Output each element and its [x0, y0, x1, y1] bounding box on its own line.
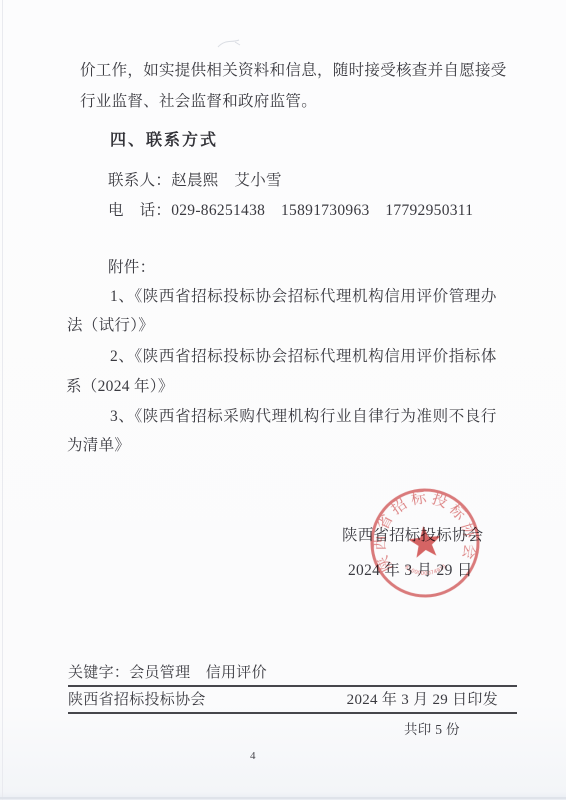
attachment-item-line: 法（试行）》 — [67, 317, 154, 335]
footer-divider-bottom — [68, 712, 517, 714]
footer-print-date: 2024 年 3 月 29 日印发 — [347, 691, 498, 709]
footer-divider-top — [68, 685, 517, 687]
footer-keywords: 关键字：会员管理 信用评价 — [68, 664, 267, 682]
attachment-item-line: 3、《陕西省招标采购代理机构行业自律行为准则不良行 — [110, 408, 497, 426]
seal-code-holder: 6100000074915 — [403, 560, 449, 579]
seal-star-icon — [407, 524, 442, 558]
phone-line: 电 话：029-86251438 15891730963 17792950311 — [108, 202, 473, 220]
scan-smudge — [215, 32, 257, 54]
contact-person-line: 联系人：赵晨熙 艾小雪 — [108, 172, 282, 190]
attachment-item-line: 系（2024 年）》 — [66, 378, 174, 396]
attachment-item-line: 2、《陕西省招标投标协会招标代理机构信用评价指标体 — [110, 348, 497, 366]
seal-code: 6100000074915 — [403, 560, 449, 579]
attachments-label: 附件： — [108, 259, 155, 277]
footer-issuer: 陕西省招标投标协会 — [68, 691, 206, 709]
section-heading-contact: 四、联系方式 — [110, 132, 218, 150]
page-number: 4 — [250, 747, 256, 765]
body-line: 行业监督、社会监督和政府监管。 — [80, 93, 317, 111]
official-seal: 陕西省招标投标协会 6100000074915 — [361, 479, 488, 606]
scan-bottom-edge — [0, 797, 566, 799]
footer-copies-count: 共印 5 份 — [404, 721, 460, 739]
attachment-item-line: 为清单》 — [67, 437, 130, 455]
body-line: 价工作，如实提供相关资料和信息，随时接受核查并自愿接受 — [80, 62, 507, 80]
attachment-item-line: 1、《陕西省招标投标协会招标代理机构信用评价管理办 — [110, 288, 497, 306]
scan-left-edge — [2, 0, 3, 800]
document-page: 价工作，如实提供相关资料和信息，随时接受核查并自愿接受 行业监督、社会监督和政府… — [0, 0, 566, 800]
